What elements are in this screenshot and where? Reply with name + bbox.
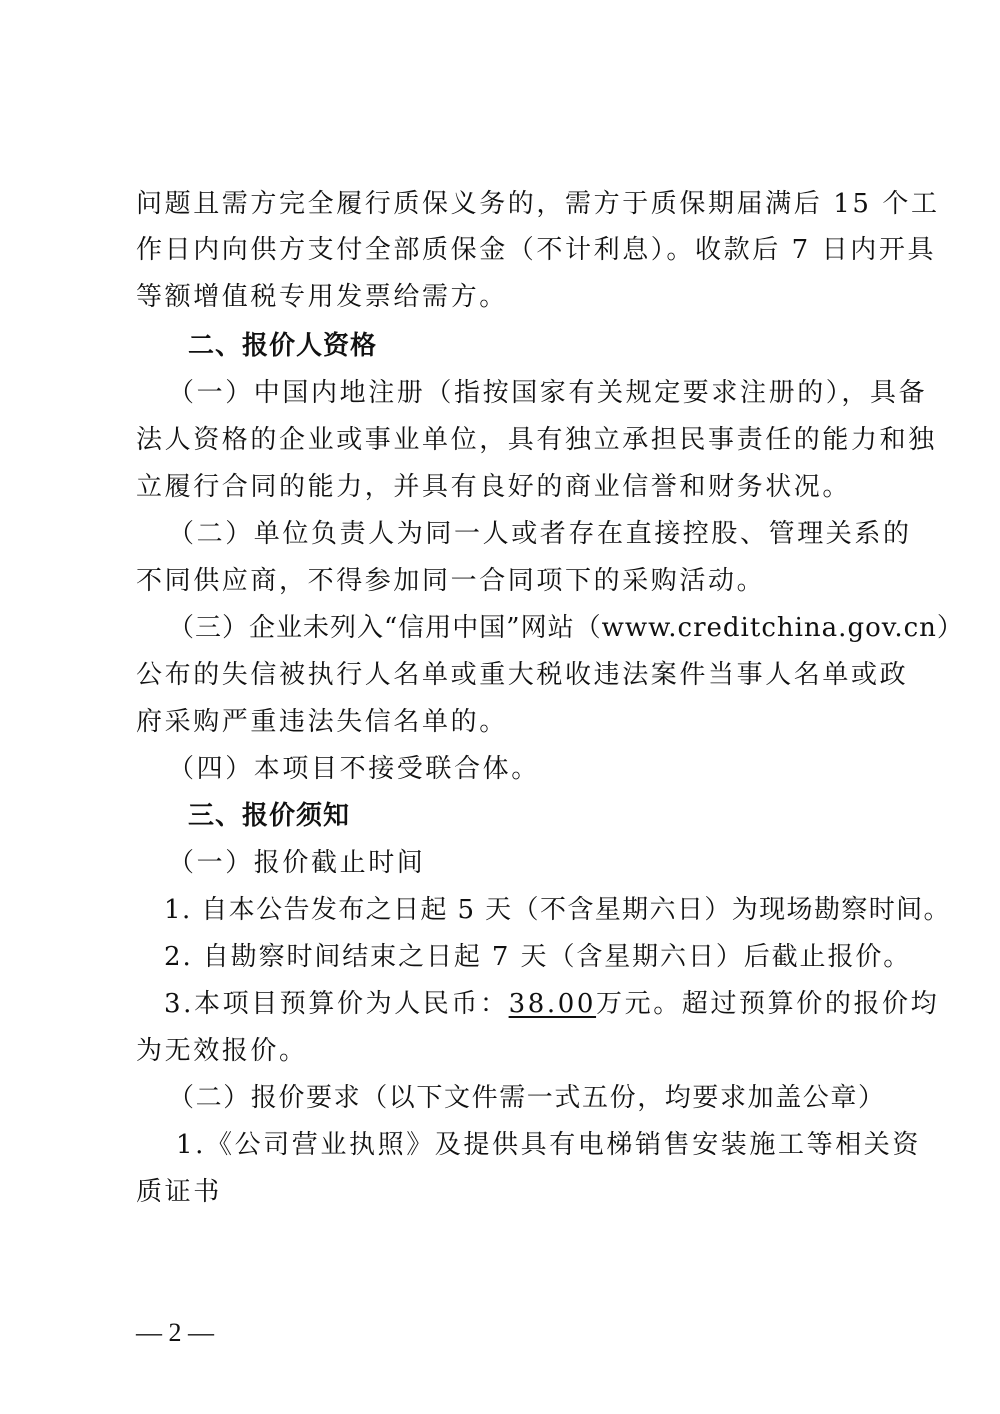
section-heading-quotation-notice: 三、报价须知 [188,800,350,832]
body-text-line: 府采购严重违法失信名单的。 [136,706,508,738]
body-text-line: 立履行合同的能力，并具有良好的商业信誉和财务状况。 [136,471,851,503]
body-text-line: 法人资格的企业或事业单位，具有独立承担民事责任的能力和独 [136,424,937,456]
body-text-line: 不同供应商，不得参加同一合同项下的采购活动。 [136,565,765,597]
budget-amount: 38.00 [509,989,596,1019]
budget-prefix: 3.本项目预算价为人民币： [164,989,509,1019]
budget-suffix: 万元。超过预算价的报价均 [596,989,939,1019]
subsection-heading-deadline: （一）报价截止时间 [168,847,425,879]
list-item: 2. 自勘察时间结束之日起 7 天（含星期六日）后截止报价。 [164,941,911,973]
body-text-line: （二）单位负责人为同一人或者存在直接控股、管理关系的 [168,518,912,550]
body-text-line: 作日内向供方支付全部质保金（不计利息）。收款后 7 日内开具 [136,234,936,266]
body-text-line: 公布的失信被执行人名单或重大税收违法案件当事人名单或政 [136,659,908,691]
body-text-line: （三）企业未列入“信用中国”网站（www.creditchina.gov.cn） [168,612,964,644]
body-text-line: 为无效报价。 [136,1035,308,1067]
body-text-line: （一）中国内地注册（指按国家有关规定要求注册的），具备 [168,377,927,409]
body-text-line: 问题且需方完全履行质保义务的，需方于质保期届满后 15 个工 [136,188,940,220]
body-text-line: （四）本项目不接受联合体。 [168,753,540,785]
page-number: — 2 — [136,1318,214,1348]
section-heading-qualifications: 二、报价人资格 [188,330,377,362]
subsection-heading-requirements: （二）报价要求（以下文件需一式五份，均要求加盖公章） [168,1082,886,1114]
body-text-line: 质证书 [136,1176,222,1208]
body-text-line: 等额增值税专用发票给需方。 [136,281,508,313]
list-item: 1. 自本公告发布之日起 5 天（不含星期六日）为现场勘察时间。 [164,894,951,926]
list-item: 1.《公司营业执照》及提供具有电梯销售安装施工等相关资 [176,1129,921,1161]
list-item-budget: 3.本项目预算价为人民币：38.00万元。超过预算价的报价均 [164,988,939,1020]
document-page: 问题且需方完全履行质保义务的，需方于质保期届满后 15 个工 作日内向供方支付全… [0,0,1000,1414]
